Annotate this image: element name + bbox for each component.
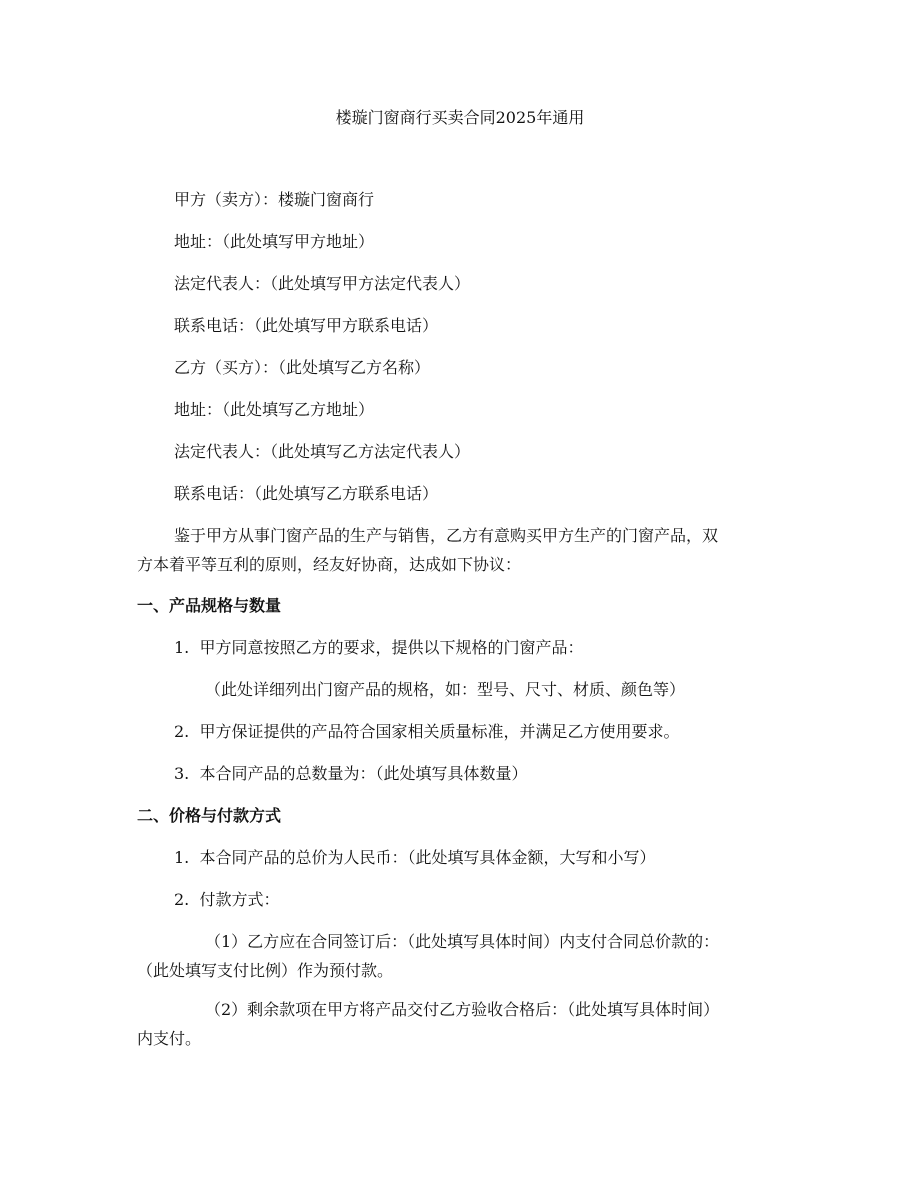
item-text: 甲方同意按照乙方的要求，提供以下规格的门窗产品： [199,638,583,657]
party-b-label: 乙方（买方）： [174,358,278,377]
party-a-representative-value: （此处填写甲方法定代表人） [270,274,470,293]
party-b-value: （此处填写乙方名称） [278,358,430,377]
party-b-representative: 法定代表人：（此处填写乙方法定代表人） [174,442,470,462]
section-2-item-1: 1. 本合同产品的总价为人民币：（此处填写具体金额，大写和小写） [174,848,655,868]
party-b-phone: 联系电话：（此处填写乙方联系电话） [174,484,438,504]
item-text: 本合同产品的总价为人民币：（此处填写具体金额，大写和小写） [199,848,655,867]
party-a-phone-value: （此处填写甲方联系电话） [254,316,438,335]
party-b-phone-label: 联系电话： [174,484,254,503]
party-a-representative-label: 法定代表人： [174,274,270,293]
section-1-item-2: 2. 甲方保证提供的产品符合国家相关质量标准，并满足乙方使用要求。 [174,722,679,742]
item-number: 2. [174,890,189,909]
preamble-line-1: 鉴于甲方从事门窗产品的生产与销售，乙方有意购买甲方生产的门窗产品，双 [174,526,718,546]
item-text: 甲方保证提供的产品符合国家相关质量标准，并满足乙方使用要求。 [199,722,679,741]
party-a-label: 甲方（卖方）： [174,190,278,209]
item-number: 1. [174,848,189,867]
party-b-representative-label: 法定代表人： [174,442,270,461]
party-b-phone-value: （此处填写乙方联系电话） [254,484,438,503]
payment-subitem-1-line-2: （此处填写支付比例）作为预付款。 [137,961,393,981]
party-a-representative: 法定代表人：（此处填写甲方法定代表人） [174,274,470,294]
payment-subitem-1-line-1: （1）乙方应在合同签订后：（此处填写具体时间）内支付合同总价款的： [205,932,719,952]
party-a-value: 楼璇门窗商行 [278,190,374,209]
party-b-address-label: 地址： [174,400,222,419]
party-a-name: 甲方（卖方）：楼璇门窗商行 [174,190,374,210]
item-text: 付款方式： [199,890,279,909]
party-b-representative-value: （此处填写乙方法定代表人） [270,442,470,461]
section-1-item-1: 1. 甲方同意按照乙方的要求，提供以下规格的门窗产品： [174,638,583,658]
preamble-line-2: 方本着平等互利的原则，经友好协商，达成如下协议： [137,555,521,575]
section-2-item-2: 2. 付款方式： [174,890,279,910]
payment-subitem-2-line-2: 内支付。 [137,1029,201,1049]
item-number: 2. [174,722,189,741]
item-number: 1. [174,638,189,657]
party-a-phone: 联系电话：（此处填写甲方联系电话） [174,316,438,336]
section-1-heading: 一、产品规格与数量 [137,596,281,616]
party-a-address: 地址：（此处填写甲方地址） [174,232,374,252]
party-b-address-value: （此处填写乙方地址） [222,400,374,419]
party-b-address: 地址：（此处填写乙方地址） [174,400,374,420]
document-title: 楼璇门窗商行买卖合同2025年通用 [0,108,920,128]
item-number: 3. [174,764,189,783]
party-a-address-label: 地址： [174,232,222,251]
party-a-address-value: （此处填写甲方地址） [222,232,374,251]
document-page: 楼璇门窗商行买卖合同2025年通用 甲方（卖方）：楼璇门窗商行 地址：（此处填写… [0,0,920,1191]
section-1-item-1-detail: （此处详细列出门窗产品的规格，如：型号、尺寸、材质、颜色等） [205,680,685,700]
section-1-item-3: 3. 本合同产品的总数量为：（此处填写具体数量） [174,764,527,784]
payment-subitem-2-line-1: （2）剩余款项在甲方将产品交付乙方验收合格后：（此处填写具体时间） [205,1000,719,1020]
party-b-name: 乙方（买方）：（此处填写乙方名称） [174,358,430,378]
party-a-phone-label: 联系电话： [174,316,254,335]
item-text: 本合同产品的总数量为：（此处填写具体数量） [199,764,527,783]
section-2-heading: 二、价格与付款方式 [137,806,281,826]
